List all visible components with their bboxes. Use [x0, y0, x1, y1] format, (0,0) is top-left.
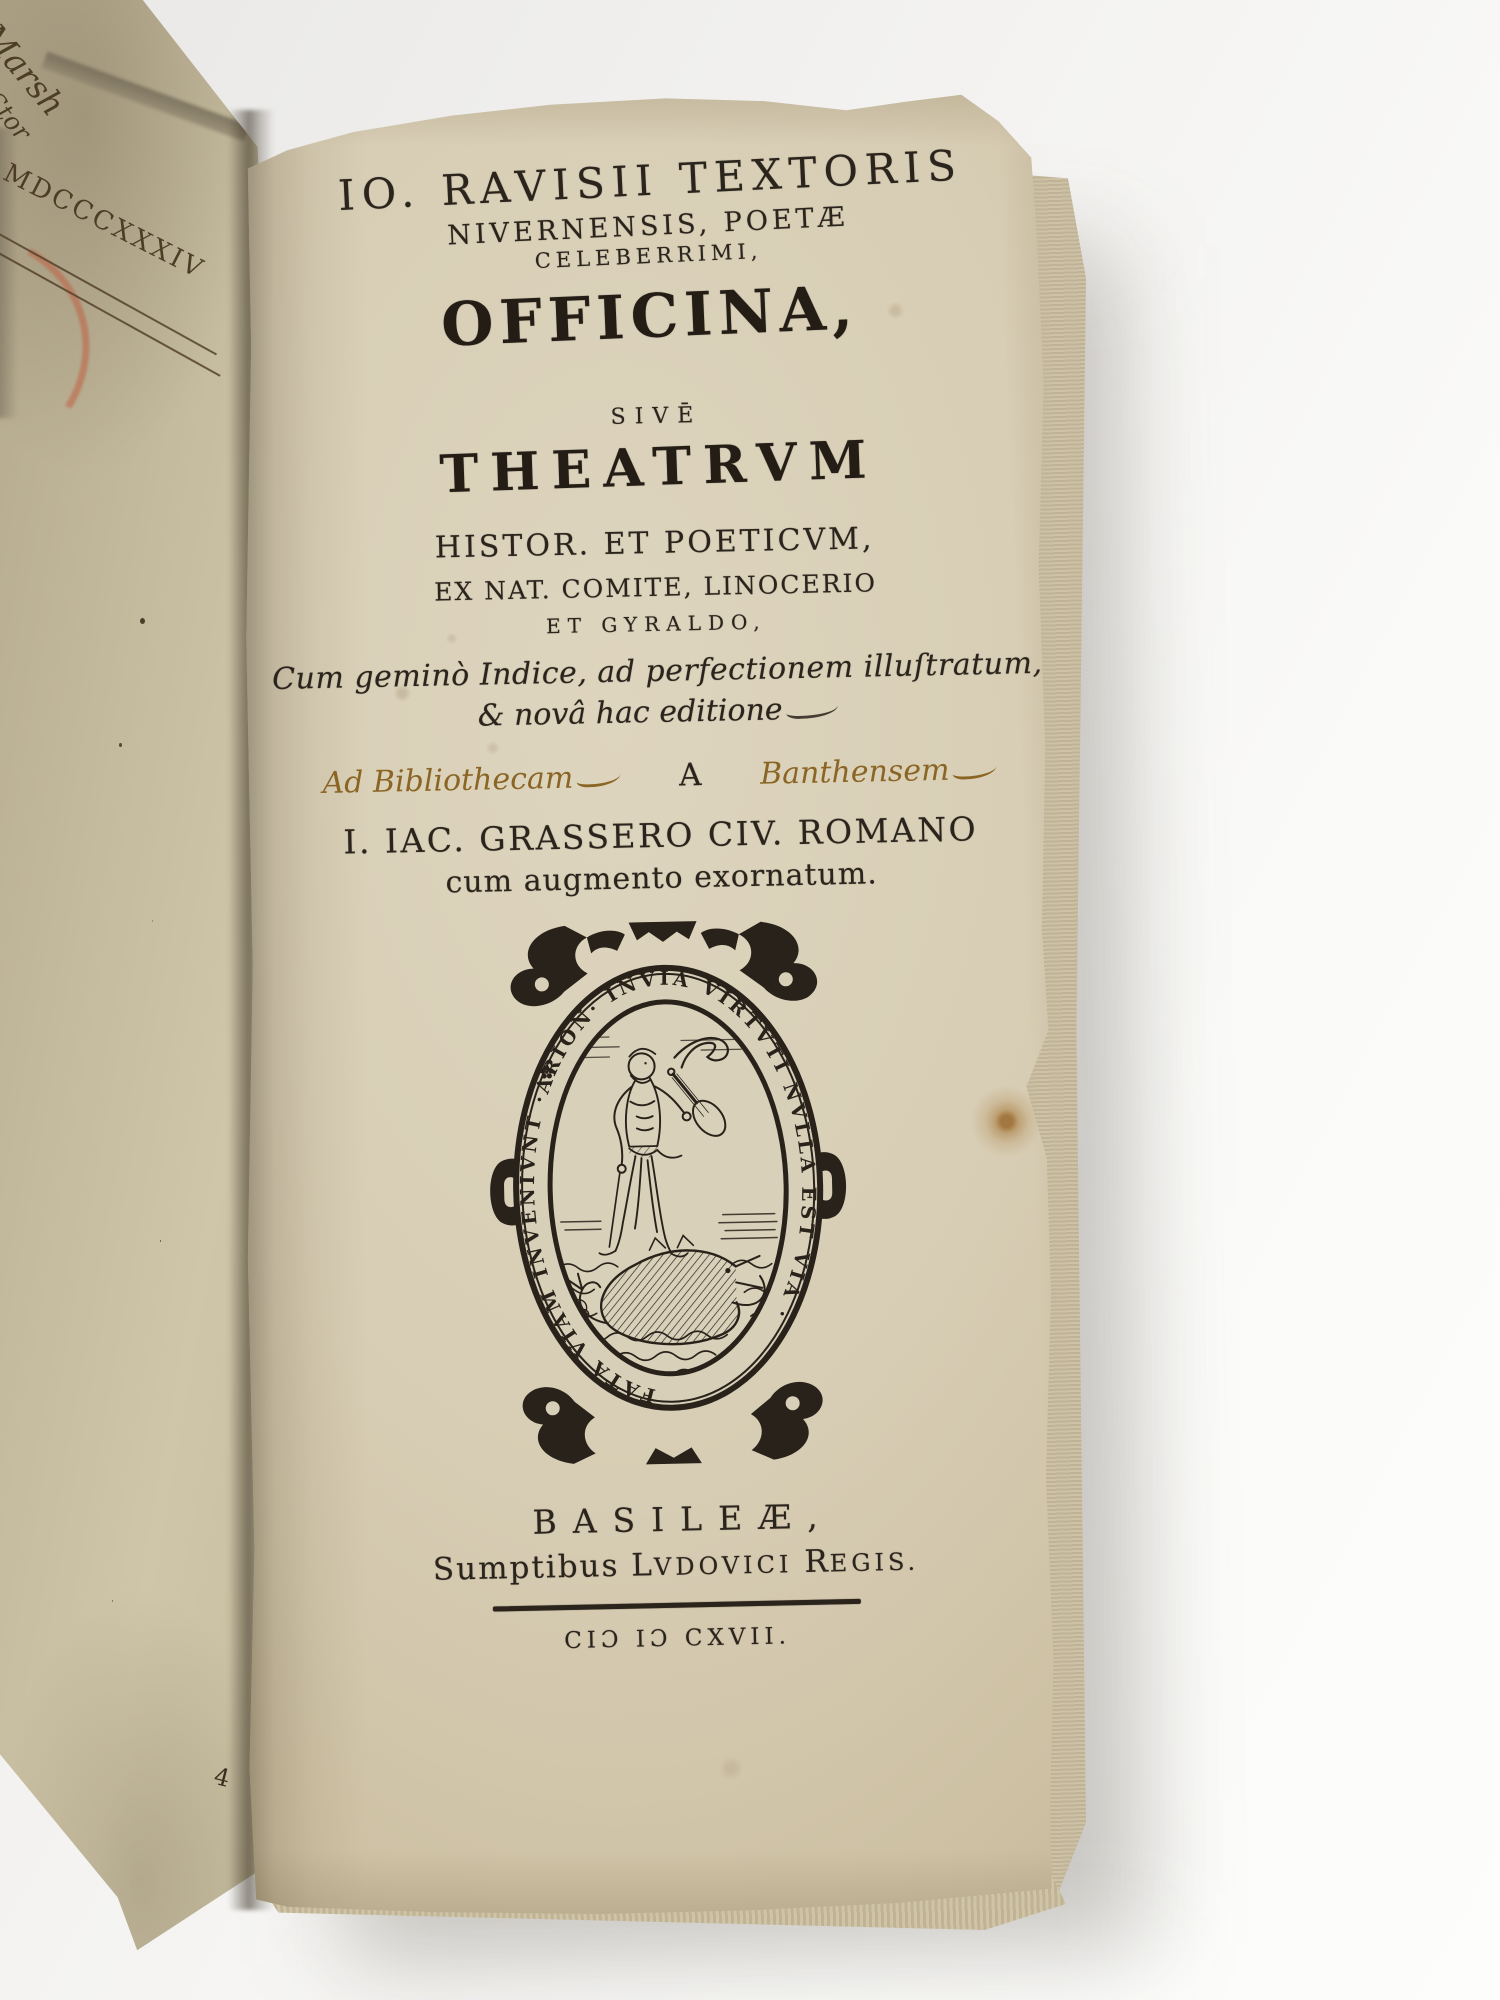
red-crayon-mark: [0, 204, 115, 497]
publisher-prefix: Sumptibus: [433, 1548, 620, 1588]
publisher-part-0: L: [631, 1547, 654, 1583]
subtitle-theatrum: THEATRVM: [241, 423, 1065, 513]
manuscript-dedication-row: Ad Bibliothecam A Banthensem: [322, 751, 997, 801]
cover-board-edge: [42, 52, 250, 142]
imprint-date: CIƆ IƆ CXVII.: [266, 1617, 1088, 1660]
descriptor-line-2: EX NAT. COMITE, LINOCERIO: [244, 564, 1066, 610]
printed-letter-a: A: [679, 757, 702, 793]
ms-swash: [576, 771, 620, 788]
edition-note-2-text: & novâ hac editione: [477, 692, 783, 733]
ms-dedication-left-text: Ad Bibliothecam: [322, 761, 573, 801]
descriptor-line-1: HISTOR. ET POETICVM,: [243, 517, 1066, 569]
ink-speck: [140, 618, 145, 624]
printer-device-arion-illustration: FATA VIAM INVENIVNT ·ARION· INVIA VIRTVT…: [467, 916, 870, 1470]
publisher-part-2: R: [804, 1544, 830, 1581]
imprint-publisher: Sumptibus LVDOVICIREGIS.: [265, 1538, 1088, 1591]
ms-dedication-right-text: Banthensem: [760, 753, 950, 792]
ms-dedication-left: Ad Bibliothecam: [322, 760, 620, 801]
printed-swash: [786, 702, 838, 719]
publisher-part-1: VDOVICI: [654, 1550, 793, 1581]
ms-dedication-right: Banthensem: [760, 752, 997, 792]
ms-swash: [952, 763, 996, 780]
publisher-part-3: EGIS.: [829, 1548, 919, 1578]
descriptor-line-3: ET GYRALDO,: [245, 603, 1067, 644]
photo-backdrop: Marsh Stor MDCCCXXXIV 4 IO. RAVISII TEXT…: [0, 0, 1500, 2000]
imprint-city: BASILEÆ,: [264, 1491, 1087, 1547]
title-page: IO. RAVISII TEXTORIS NIVERNENSIS, POETÆ …: [238, 92, 1060, 1914]
imprint-rule: [493, 1599, 861, 1612]
title-page-text: IO. RAVISII TEXTORIS NIVERNENSIS, POETÆ …: [234, 83, 1094, 1922]
